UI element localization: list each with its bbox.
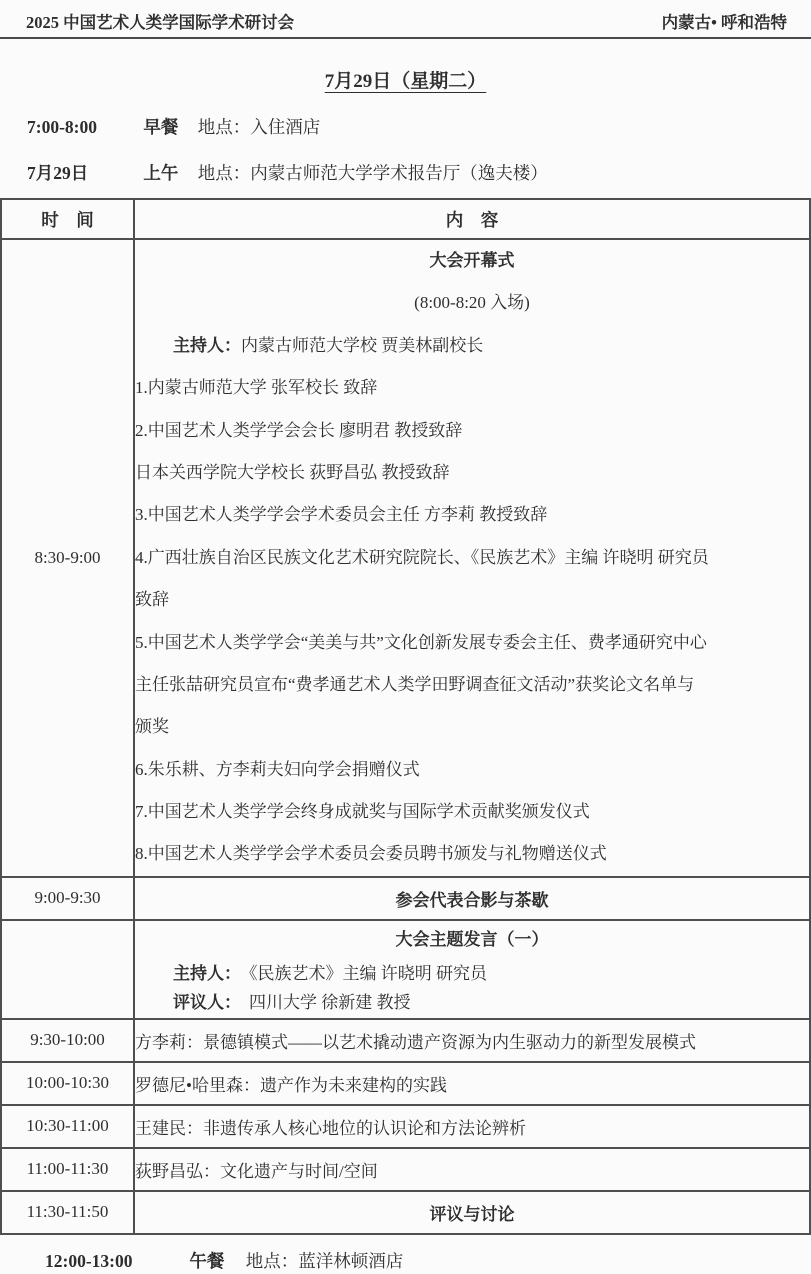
content-column-header: 内 容: [134, 199, 810, 239]
opening-item-8: 8.中国艺术人类学学会学术委员会委员聘书颁发与礼物赠送仪式: [135, 833, 809, 875]
lunch-location: 地点：蓝洋林顿酒店: [246, 1251, 404, 1271]
header-location: 内蒙古• 呼和浩特: [662, 9, 787, 33]
talk-1-content: 方李莉：景德镇模式——以艺术撬动遗产资源为内生驱动力的新型发展模式: [134, 1019, 810, 1062]
talk-row-4: 11:00-11:30 荻野昌弘：文化遗产与时间/空间: [1, 1148, 810, 1191]
morning-label: 上午: [143, 163, 178, 183]
keynote-header-row: 大会主题发言（一） 主持人：《民族艺术》主编 许晓明 研究员 评议人：四川大学 …: [1, 920, 810, 1019]
opening-item-6: 6.朱乐耕、方李莉夫妇向学会捐赠仪式: [135, 749, 809, 791]
opening-item-2: 2.中国艺术人类学学会会长 廖明君 教授致辞: [135, 410, 809, 452]
opening-host-name: 内蒙古师范大学校 贾美林副校长: [241, 336, 483, 355]
talk-3-time: 10:30-11:00: [1, 1105, 134, 1148]
opening-ceremony-subtitle: (8:00-8:20 入场): [135, 282, 809, 324]
talk-3-content: 王建民：非遗传承人核心地位的认识论和方法论辨析: [134, 1105, 810, 1148]
breakfast-time: 7:00-8:00: [27, 117, 139, 138]
page-header: 2025 中国艺术人类学国际学术研讨会 内蒙古• 呼和浩特: [0, 0, 811, 39]
morning-date: 7月29日: [27, 160, 139, 185]
opening-ceremony-row: 8:30-9:00 大会开幕式 (8:00-8:20 入场) 主持人：内蒙古师范…: [1, 239, 810, 877]
opening-item-4b: 致辞: [135, 579, 809, 621]
keynote-reviewer-name: 四川大学 徐新建 教授: [249, 993, 411, 1012]
keynote-reviewer-label: 评议人：: [173, 993, 241, 1012]
table-header-row: 时 间 内 容: [1, 199, 810, 239]
discussion-time: 11:30-11:50: [1, 1191, 134, 1234]
date-title: 7月29日（星期二）: [0, 66, 811, 93]
keynote-header-time: [1, 920, 134, 1019]
talk-2-time: 10:00-10:30: [1, 1062, 134, 1105]
keynote-session-title: 大会主题发言（一）: [135, 921, 809, 959]
photo-break-row: 9:00-9:30 参会代表合影与茶歇: [1, 877, 810, 920]
opening-ceremony-title: 大会开幕式: [135, 240, 809, 282]
keynote-header-content: 大会主题发言（一） 主持人：《民族艺术》主编 许晓明 研究员 评议人：四川大学 …: [134, 920, 810, 1019]
opening-item-2b: 日本关西学院大学校长 荻野昌弘 教授致辞: [135, 452, 809, 494]
time-column-header: 时 间: [1, 199, 134, 239]
opening-item-5: 5.中国艺术人类学学会“美美与共”文化创新发展专委会主任、费孝通研究中心: [135, 622, 809, 664]
opening-item-3: 3.中国艺术人类学学会学术委员会主任 方李莉 教授致辞: [135, 494, 809, 536]
opening-item-5c: 颁奖: [135, 706, 809, 748]
opening-host-label: 主持人：: [173, 336, 241, 355]
header-conference-title: 2025 中国艺术人类学国际学术研讨会: [26, 9, 294, 33]
opening-item-4: 4.广西壮族自治区民族文化艺术研究院院长、《民族艺术》主编 许晓明 研究员: [135, 537, 809, 579]
keynote-host-label: 主持人：: [173, 964, 241, 983]
keynote-reviewer-line: 评议人：四川大学 徐新建 教授: [135, 988, 809, 1018]
opening-item-1: 1.内蒙古师范大学 张军校长 致辞: [135, 367, 809, 409]
talk-4-time: 11:00-11:30: [1, 1148, 134, 1191]
photo-break-time: 9:00-9:30: [1, 877, 134, 920]
breakfast-label: 早餐: [143, 117, 178, 137]
breakfast-note-line: 7:00-8:00 早餐 地点：入住酒店: [27, 114, 811, 139]
opening-ceremony-content: 大会开幕式 (8:00-8:20 入场) 主持人：内蒙古师范大学校 贾美林副校长…: [134, 239, 810, 877]
talk-1-time: 9:30-10:00: [1, 1019, 134, 1062]
lunch-label: 午餐: [189, 1251, 224, 1271]
lunch-time: 12:00-13:00: [45, 1251, 185, 1272]
schedule-table: 时 间 内 容 8:30-9:00 大会开幕式 (8:00-8:20 入场) 主…: [0, 198, 811, 1235]
morning-location: 地点：内蒙古师范大学学术报告厅（逸夫楼）: [198, 163, 548, 183]
discussion-content: 评议与讨论: [134, 1191, 810, 1234]
opening-host-line: 主持人：内蒙古师范大学校 贾美林副校长: [135, 325, 809, 367]
talk-row-3: 10:30-11:00 王建民：非遗传承人核心地位的认识论和方法论辨析: [1, 1105, 810, 1148]
morning-note-line: 7月29日 上午 地点：内蒙古师范大学学术报告厅（逸夫楼）: [27, 160, 811, 185]
talk-row-2: 10:00-10:30 罗德尼•哈里森：遗产作为未来建构的实践: [1, 1062, 810, 1105]
opening-item-7: 7.中国艺术人类学学会终身成就奖与国际学术贡献奖颁发仪式: [135, 791, 809, 833]
talk-4-content: 荻野昌弘：文化遗产与时间/空间: [134, 1148, 810, 1191]
discussion-row: 11:30-11:50 评议与讨论: [1, 1191, 810, 1234]
opening-item-5b: 主任张喆研究员宣布“费孝通艺术人类学田野调查征文活动”获奖论文名单与: [135, 664, 809, 706]
keynote-host-line: 主持人：《民族艺术》主编 许晓明 研究员: [135, 959, 809, 989]
breakfast-location: 地点：入住酒店: [198, 117, 321, 137]
opening-ceremony-time: 8:30-9:00: [1, 239, 134, 877]
conference-schedule-page: 2025 中国艺术人类学国际学术研讨会 内蒙古• 呼和浩特 7月29日（星期二）…: [0, 0, 811, 1273]
talk-row-1: 9:30-10:00 方李莉：景德镇模式——以艺术撬动遗产资源为内生驱动力的新型…: [1, 1019, 810, 1062]
photo-break-content: 参会代表合影与茶歇: [134, 877, 810, 920]
talk-2-content: 罗德尼•哈里森：遗产作为未来建构的实践: [134, 1062, 810, 1105]
keynote-host-name: 《民族艺术》主编 许晓明 研究员: [249, 964, 487, 983]
lunch-note-line: 12:00-13:00 午餐 地点：蓝洋林顿酒店: [45, 1248, 811, 1273]
